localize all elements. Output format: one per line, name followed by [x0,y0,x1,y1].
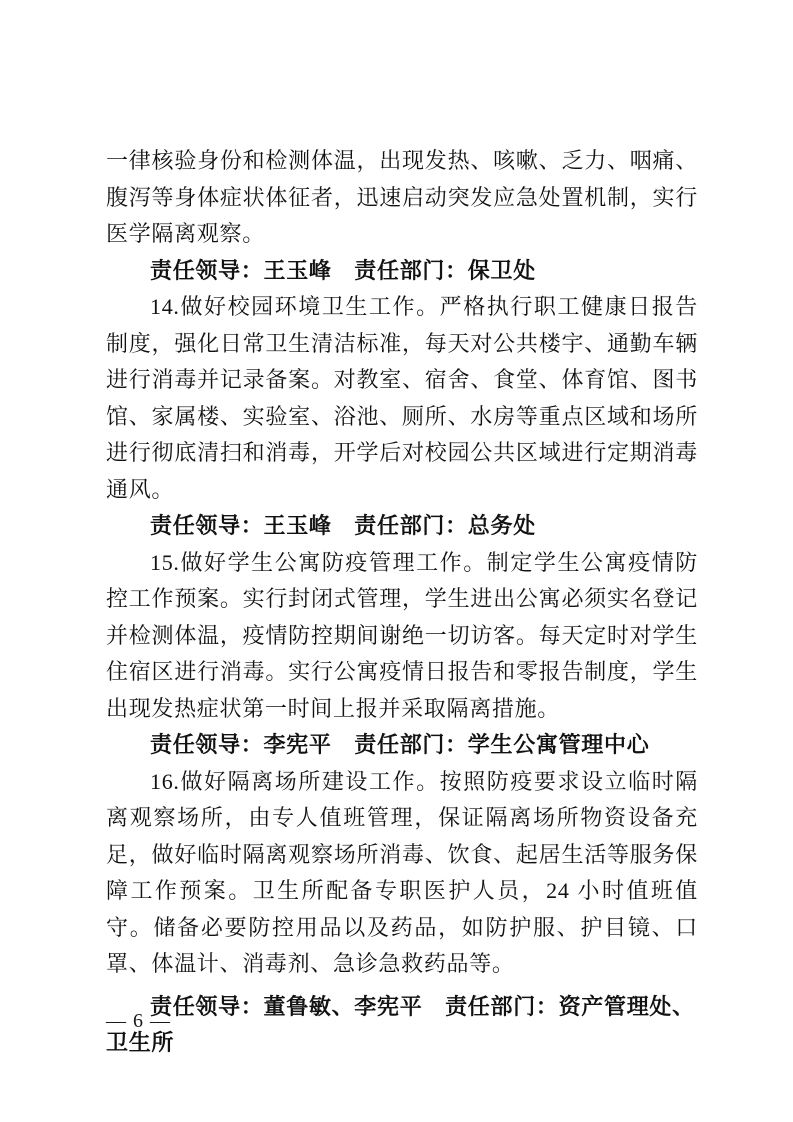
body-paragraph-item-15: 15.做好学生公寓防疫管理工作。制定学生公寓疫情防控工作预案。实行封闭式管理，学… [106,545,698,728]
responsibility-line-apartment-center: 责任领导：李宪平 责任部门：学生公寓管理中心 [106,727,698,764]
body-paragraph-item-14: 14.做好校园环境卫生工作。严格执行职工健康日报告制度，强化日常卫生清洁标准，每… [106,289,698,508]
document-body: 一律核验身份和检测体温，出现发热、咳嗽、乏力、咽痛、腹泻等身体症状体征者，迅速启… [106,143,698,1062]
responsibility-line-general-affairs-office: 责任领导：王玉峰 责任部门：总务处 [106,508,698,545]
page-number-footer: — 6 — [106,1010,171,1033]
body-paragraph-item-16: 16.做好隔离场所建设工作。按照防疫要求设立临时隔离观察场所，由专人值班管理，保… [106,764,698,983]
responsibility-line-security-office: 责任领导：王玉峰 责任部门：保卫处 [106,253,698,290]
document-page: 一律核验身份和检测体温，出现发热、咳嗽、乏力、咽痛、腹泻等身体症状体征者，迅速启… [0,0,793,1122]
responsibility-line-asset-health-office: 责任领导：董鲁敏、李宪平 责任部门：资产管理处、卫生所 [106,989,698,1062]
paragraph-continuation: 一律核验身份和检测体温，出现发热、咳嗽、乏力、咽痛、腹泻等身体症状体征者，迅速启… [106,143,698,253]
